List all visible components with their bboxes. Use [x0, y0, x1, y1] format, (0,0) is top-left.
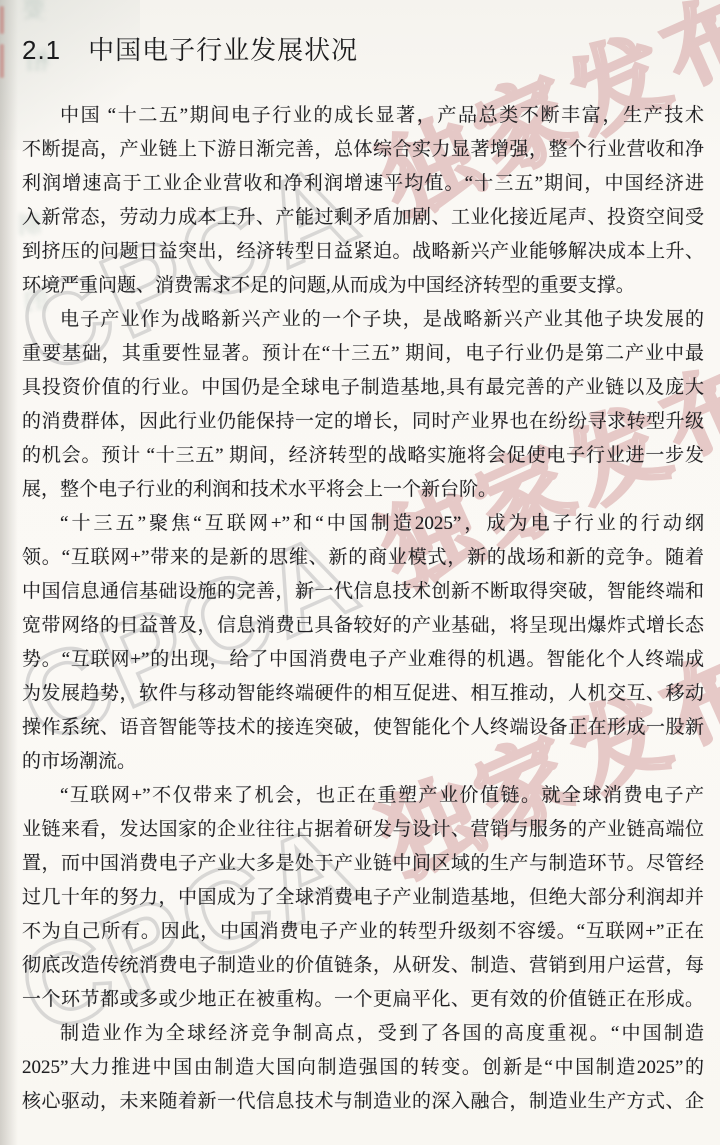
body-line: “十三五”聚焦“互联网+”和“中国制造2025”，成为电子行业的行动纲	[22, 507, 704, 541]
body-line: 势。“互联网+”的出现，给了中国消费电子产业难得的机遇。智能化个人终端成	[22, 643, 704, 677]
section-number: 2.1	[22, 35, 61, 65]
body-line: 宽带网络的日益普及，信息消费已具备较好的产业基础，将呈现出爆炸式增长态	[22, 609, 704, 643]
body-line: 利润增速高于工业企业营收和净利润增速平均值。“十三五”期间，中国经济进	[22, 167, 704, 201]
paragraph: 制造业作为全球经济竞争制高点，受到了各国的高度重视。“中国制造 2025”大力推…	[22, 1017, 704, 1119]
body-line: 不断提高，产业链上下游日渐完善，总体综合实力显著增强，整个行业营收和净	[22, 133, 704, 167]
document-body: 中国 “十二五”期间电子行业的成长显著，产品总类不断丰富，生产技术 不断提高，产…	[22, 99, 704, 1119]
body-line: 重要基础，其重要性显著。预计在“十三五” 期间，电子行业仍是第二产业中最	[22, 337, 704, 371]
body-line: 的市场潮流。	[22, 745, 704, 779]
body-line: 到挤压的问题日益突出，经济转型日益紧迫。战略新兴产业能够解决成本上升、	[22, 235, 704, 269]
body-line: 彻底改造传统消费电子制造业的价值链条，从研发、制造、营销到用户运营，每	[22, 949, 704, 983]
paragraph: “互联网+”不仅带来了机会，也正在重塑产业价值链。就全球消费电子产 业链来看，发…	[22, 779, 704, 1017]
body-line: 核心驱动，未来随着新一代信息技术与制造业的深入融合，制造业生产方式、企	[22, 1085, 704, 1119]
body-line: 业链来看，发达国家的企业往往占据着研发与设计、营销与服务的产业链高端位	[22, 813, 704, 847]
body-line: 为发展趋势，软件与移动智能终端硬件的相互促进、相互推动，人机交互、移动	[22, 677, 704, 711]
body-line: 的机会。预计 “十三五” 期间，经济转型的战略实施将会促使电子行业进一步发	[22, 439, 704, 473]
body-line: 一个环节都或多或少地正在被重构。一个更扁平化、更有效的价值链正在形成。	[22, 983, 704, 1017]
ink-bleedthrough-mark: 要	[6, 0, 46, 25]
body-line: 过几十年的努力，中国成为了全球消费电子产业制造基地，但绝大部分利润却并	[22, 881, 704, 915]
body-line: 中国 “十二五”期间电子行业的成长显著，产品总类不断丰富，生产技术	[22, 99, 704, 133]
body-line: 中国信息通信基础设施的完善，新一代信息技术创新不断取得突破，智能终端和	[22, 575, 704, 609]
body-line: 2025”大力推进中国由制造大国向制造强国的转变。创新是“中国制造2025”的	[22, 1051, 704, 1085]
red-ink-bleed-mark	[0, 44, 4, 78]
left-gutter-shading	[0, 0, 18, 1145]
body-line: 具投资价值的行业。中国仍是全球电子制造基地,具有最完善的产业链以及庞大	[22, 371, 704, 405]
body-line: 操作系统、语音智能等技术的接连突破，使智能化个人终端设备正在形成一股新	[22, 711, 704, 745]
paragraph: “十三五”聚焦“互联网+”和“中国制造2025”，成为电子行业的行动纲 领。“互…	[22, 507, 704, 779]
body-line: 领。“互联网+”带来的是新的思维、新的商业模式，新的战场和新的竞争。随着	[22, 541, 704, 575]
section-title: 中国电子行业发展状况	[88, 35, 358, 65]
scanned-document-page: 要 相 制 的 CPCA独家发布 CPCA独家发布 CPCA独家发布 2.1中国…	[0, 0, 720, 1145]
body-line: 制造业作为全球经济竞争制高点，受到了各国的高度重视。“中国制造	[22, 1017, 704, 1051]
body-line: 入新常态，劳动力成本上升、产能过剩矛盾加剧、工业化接近尾声、投资空间受	[22, 201, 704, 235]
paragraph: 电子产业作为战略新兴产业的一个子块，是战略新兴产业其他子块发展的 重要基础，其重…	[22, 303, 704, 507]
body-line: 展，整个电子行业的利润和技术水平将会上一个新台阶。	[22, 473, 704, 507]
body-line: 的消费群体，因此行业仍能保持一定的增长，同时产业界也在纷纷寻求转型升级	[22, 405, 704, 439]
body-line: 置，而中国消费电子产业大多是处于产业链中间区域的生产与制造环节。尽管经	[22, 847, 704, 881]
body-line: 电子产业作为战略新兴产业的一个子块，是战略新兴产业其他子块发展的	[22, 303, 704, 337]
paragraph: 中国 “十二五”期间电子行业的成长显著，产品总类不断丰富，生产技术 不断提高，产…	[22, 99, 704, 303]
body-line: 不为自己所有。因此，中国消费电子产业的转型升级刻不容缓。“互联网+”正在	[22, 915, 704, 949]
body-line: “互联网+”不仅带来了机会，也正在重塑产业价值链。就全球消费电子产	[22, 779, 704, 813]
red-ink-bleed-mark	[0, 6, 4, 34]
section-heading: 2.1中国电子行业发展状况	[22, 30, 358, 67]
body-line: 环境严重问题、消费需求不足的问题,从而成为中国经济转型的重要支撑。	[22, 269, 704, 303]
